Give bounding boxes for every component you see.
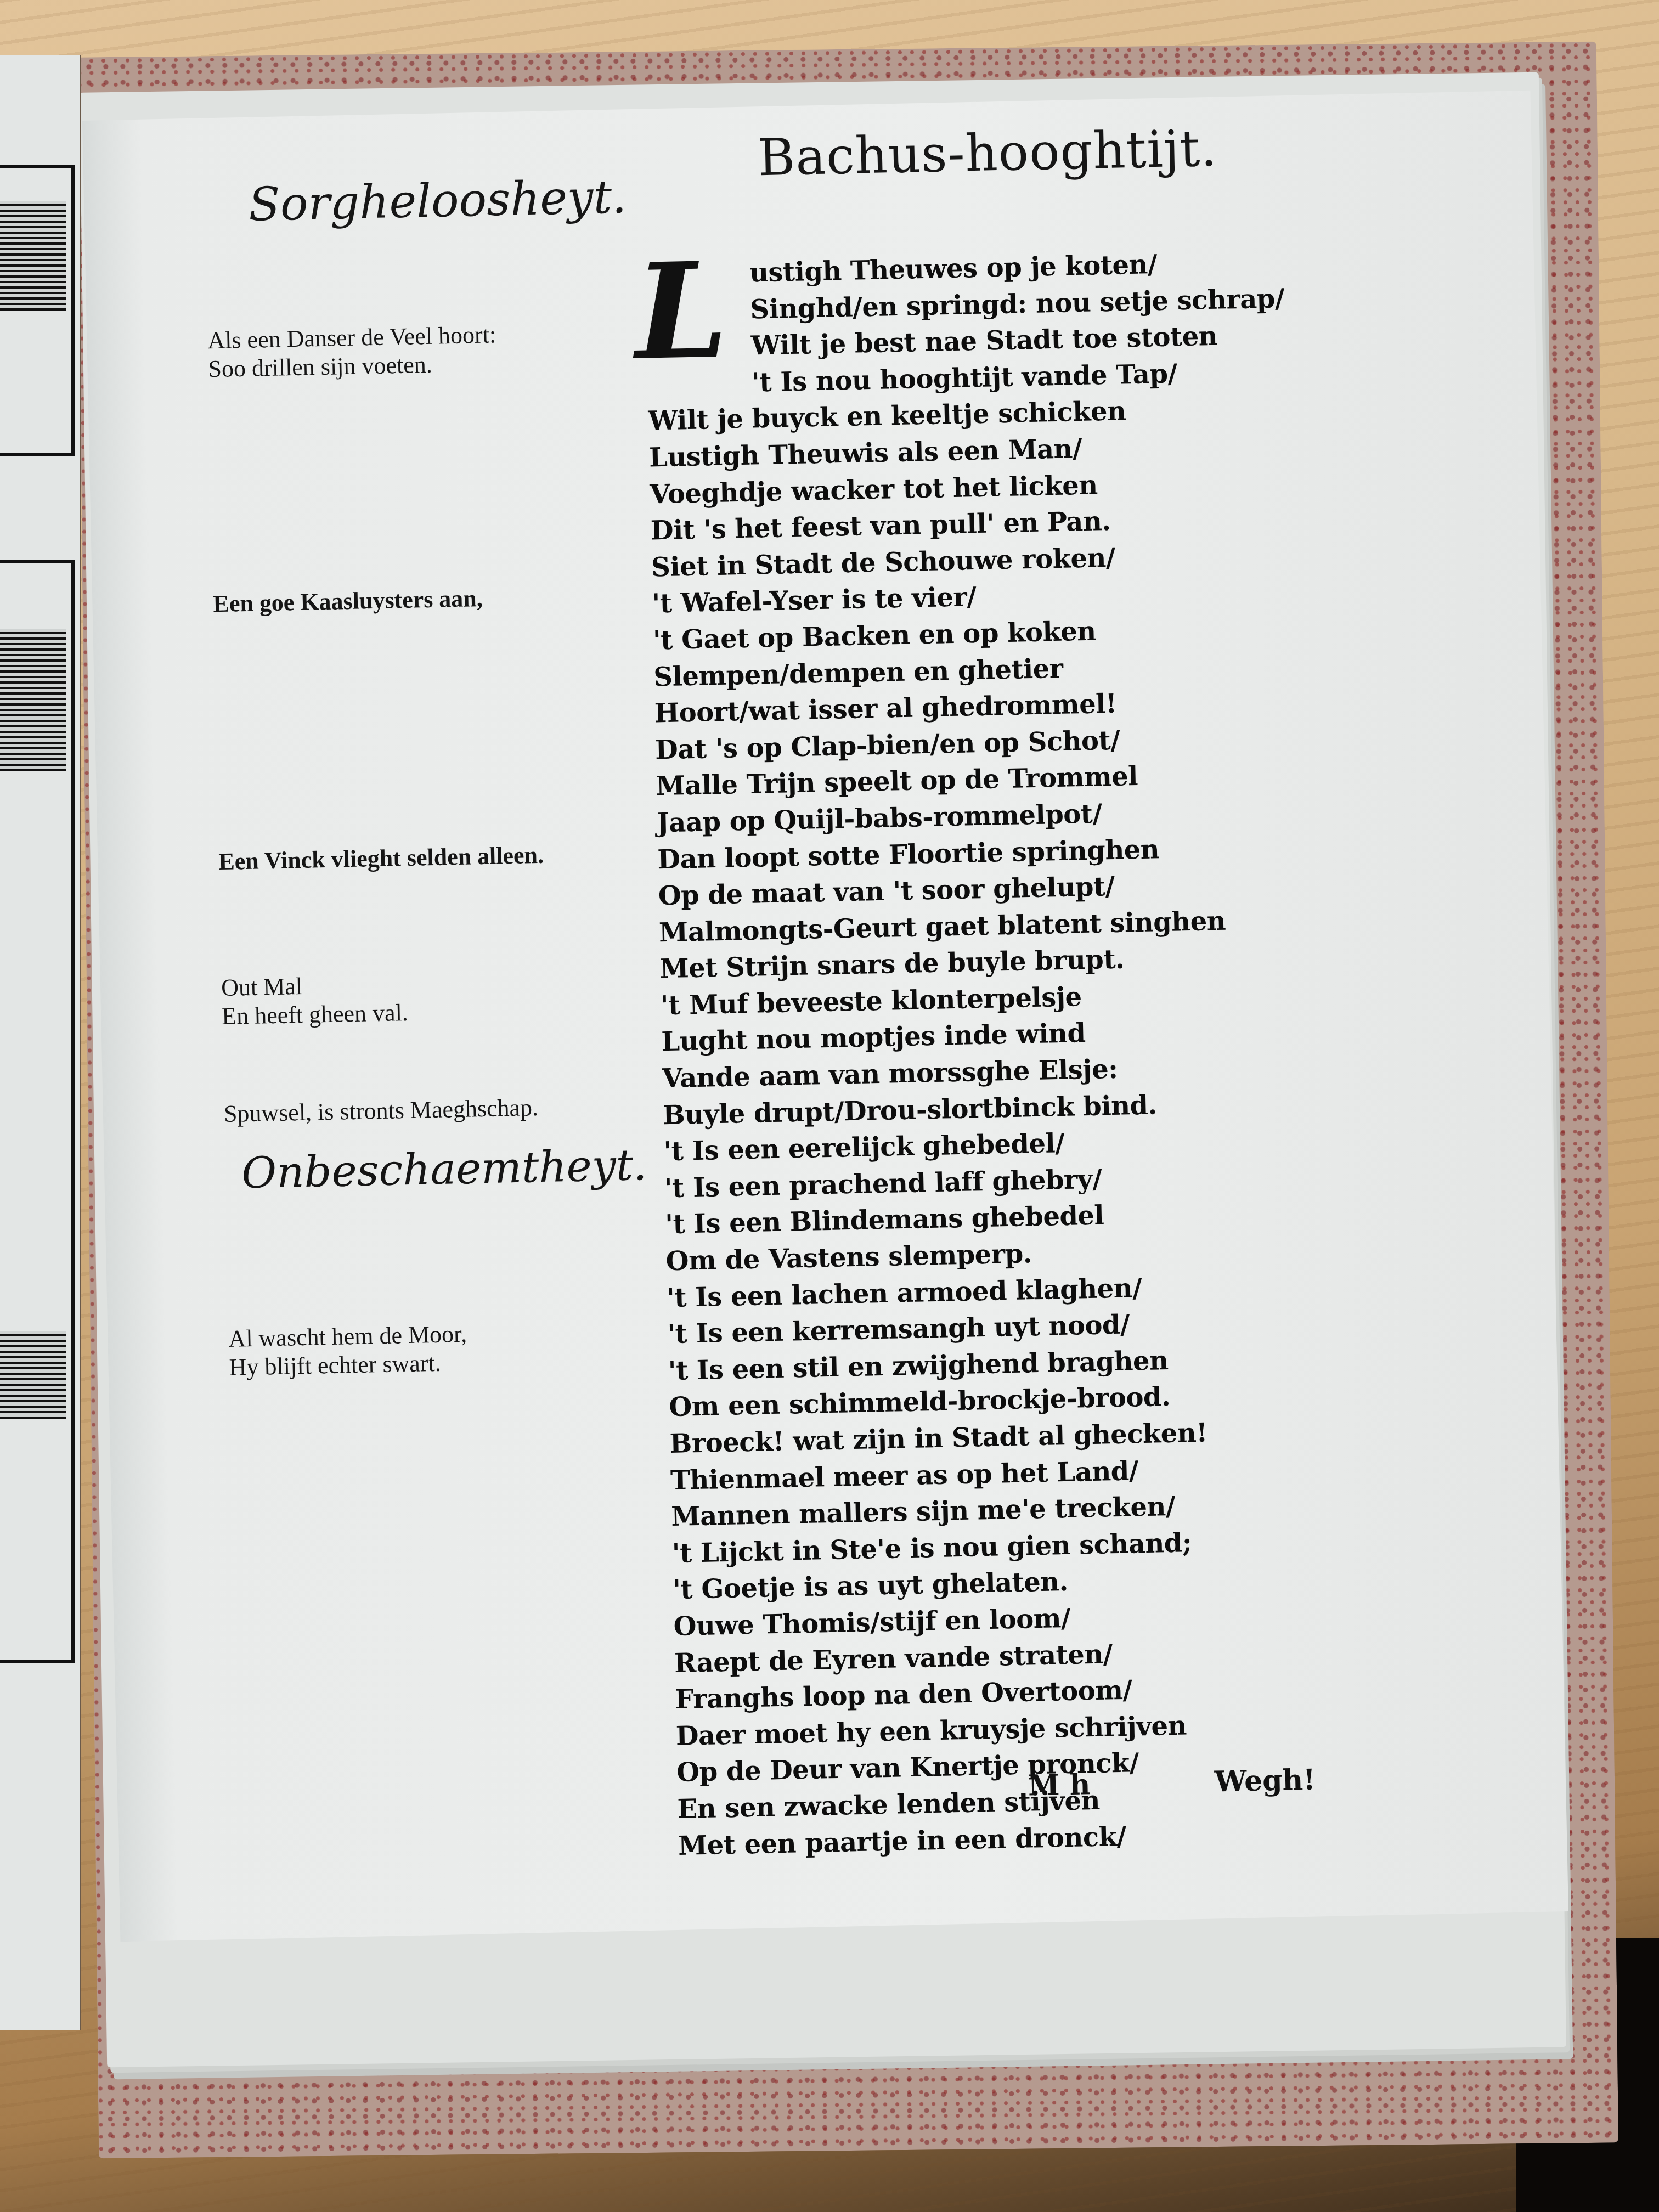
printed-page: Sorgheloosheyt. Bachus-hooghtijt. Als ee… [82,91,1568,1942]
margin-note-line: Al wascht hem de Moor, [228,1320,467,1353]
facing-page-woodcut [0,55,81,2030]
margin-note-line: Als een Danser de Veel hoort: [207,320,496,355]
margin-note-line: Een Vinck vlieght selden alleen. [218,841,544,876]
catchword: Wegh! [1214,1763,1316,1799]
margin-note-line: Een goe Kaasluysters aan, [213,584,483,618]
margin-note-line: En heeft gheen val. [222,998,409,1031]
woodcut-hatching [0,201,66,311]
margin-note: Spuwsel, is stronts Maeghschap. [223,1093,538,1128]
margin-note: Als een Danser de Veel hoort: Soo drille… [207,320,497,383]
ornamental-drop-cap: L [634,250,752,378]
woodcut-panel-figure [0,560,75,1663]
running-title-right: Bachus-hooghtijt. [758,119,1218,188]
margin-note: Een Vinck vlieght selden alleen. [218,841,544,876]
margin-note: Een goe Kaasluysters aan, [213,584,483,618]
signature-mark: M h [1028,1768,1091,1802]
margin-note-line: Soo drillen sijn voeten. [208,349,497,383]
margin-note: Out Mal En heeft gheen val. [221,970,409,1031]
margin-note: Al wascht hem de Moor, Hy blijft echter … [228,1320,468,1382]
section-heading: Onbeschaemtheyt. [241,1141,647,1198]
margin-note-line: Out Mal [221,970,408,1002]
margin-note-line: Spuwsel, is stronts Maeghschap. [223,1093,538,1128]
woodcut-panel-top [0,165,75,456]
running-title-left: Sorgheloosheyt. [248,170,627,231]
woodcut-hatching [0,629,66,771]
poem-text: L ustigh Theuwes op je koten/ Singhd/en … [645,240,1474,1864]
woodcut-hatching [0,1331,66,1419]
margin-note-line: Hy blijft echter swart. [229,1348,467,1382]
